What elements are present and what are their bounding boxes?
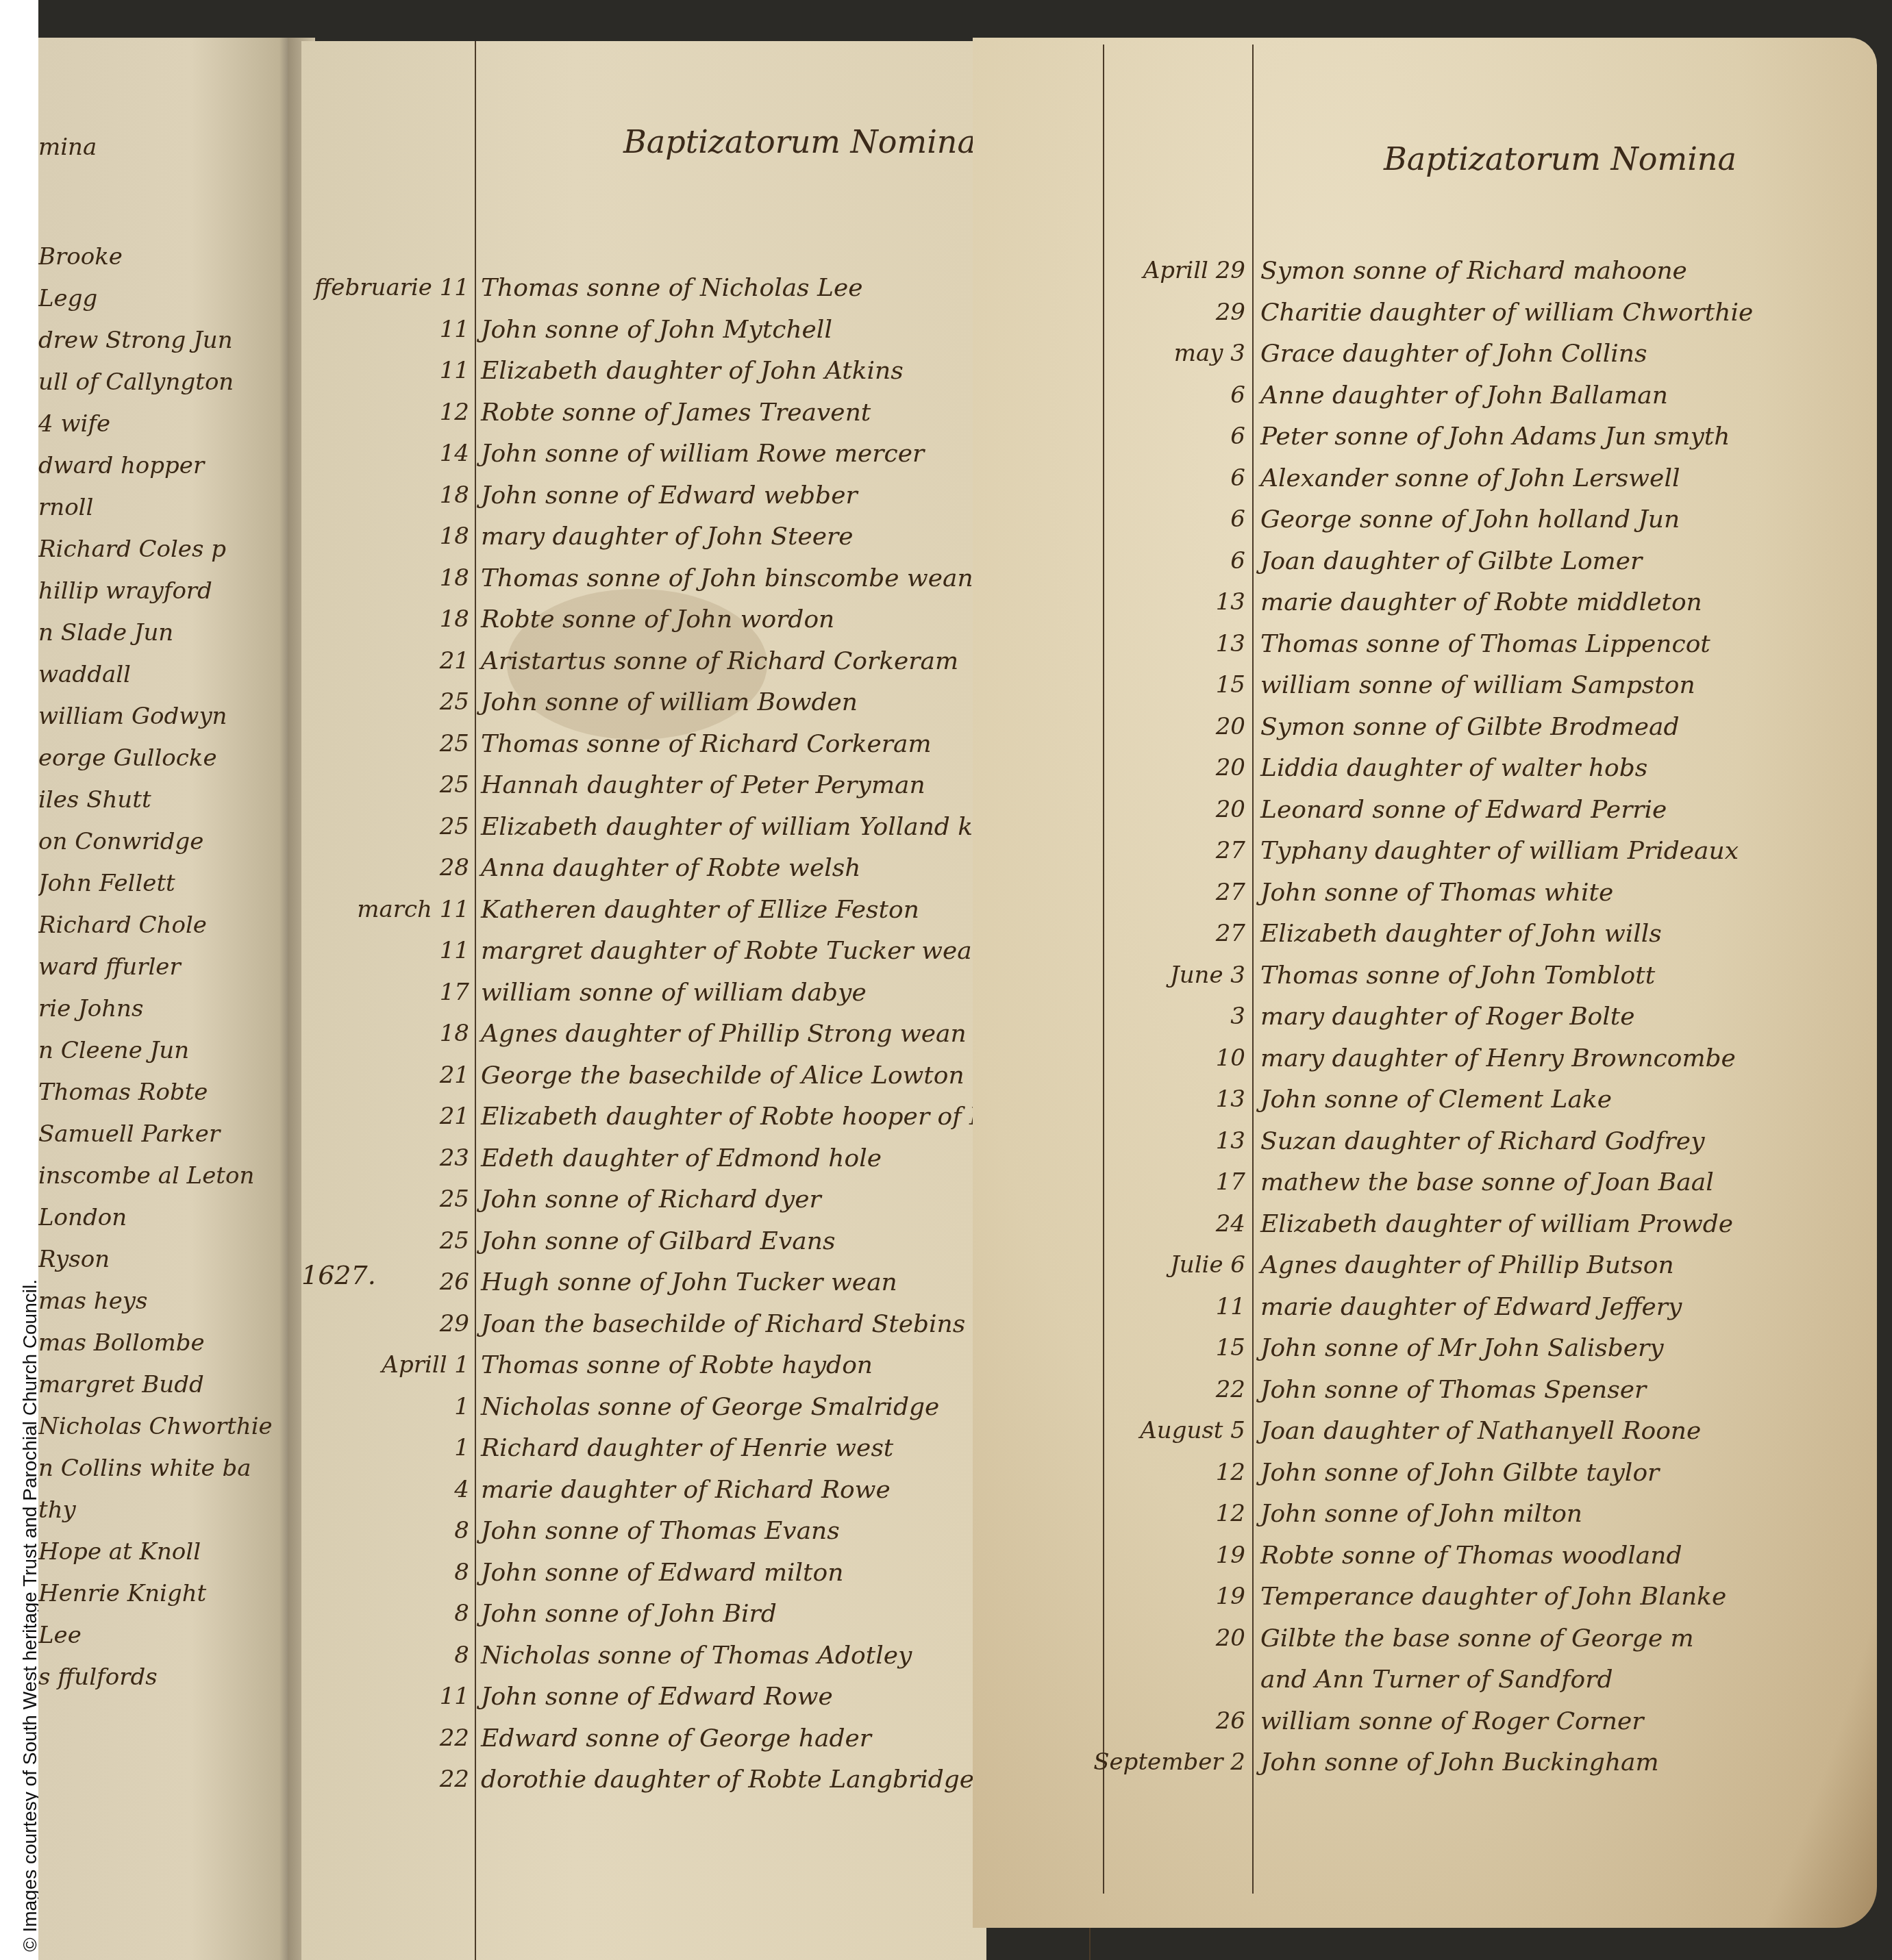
entry-date: 20 <box>966 713 1245 740</box>
entry-date: march 11 <box>301 896 469 923</box>
entry-day: 19 <box>1216 1542 1245 1569</box>
entry-date: 11 <box>301 316 469 343</box>
entry-text: Robte sonne of Thomas woodland <box>1260 1542 1682 1570</box>
entry-text: John sonne of John Bird <box>481 1600 777 1628</box>
entry-text: Symon sonne of Richard mahoone <box>1260 257 1687 285</box>
entry-day: 3 <box>1230 962 1245 989</box>
entry-date: 14 <box>301 440 469 467</box>
entry-day: 25 <box>440 813 469 840</box>
entry-text: Edward sonne of George hader <box>481 1724 871 1752</box>
prev-page-line: n Slade Jun <box>38 619 271 646</box>
entry-text: John sonne of william Rowe mercer <box>481 440 924 468</box>
prev-page-line: inscombe al Leton <box>38 1162 271 1190</box>
entry-text: John sonne of John milton <box>1260 1500 1582 1528</box>
entry-day: 20 <box>1216 754 1245 781</box>
entry-date: 8 <box>301 1559 469 1586</box>
entry-text: Richard daughter of Henrie west <box>481 1434 893 1462</box>
entry-day: 24 <box>1216 1210 1245 1237</box>
entry-date: 6 <box>966 423 1245 450</box>
entry-date: 13 <box>966 588 1245 616</box>
entry-month: Julie <box>1170 1251 1223 1279</box>
entry-text: Thomas sonne of John binscombe wean <box>481 564 973 592</box>
prev-page-line: Nicholas Chworthie <box>38 1413 271 1440</box>
entry-day: 3 <box>1230 340 1245 367</box>
entry-day: 6 <box>1230 1251 1245 1279</box>
entry-month: march <box>357 896 432 923</box>
entry-text: Grace daughter of John Collins <box>1260 340 1647 368</box>
entry-day: 1 <box>454 1351 469 1379</box>
entry-text: Nicholas sonne of Thomas Adotley <box>481 1642 912 1670</box>
entry-text: marie daughter of Richard Rowe <box>481 1476 891 1504</box>
right-page-heading: Baptizatorum Nomina <box>1384 140 1737 177</box>
prev-page-line: rnoll <box>38 494 271 521</box>
left-register-page: Baptizatorum Nomina 1627. ffebruarie 11T… <box>301 41 986 1960</box>
right-register-page: Baptizatorum Nomina Aprill 29Symon sonne… <box>973 38 1877 1928</box>
entry-date: 26 <box>966 1707 1245 1735</box>
entry-date: 11 <box>966 1293 1245 1320</box>
prev-page-line: Ryson <box>38 1246 271 1273</box>
entry-day: 11 <box>440 274 469 301</box>
entry-day: 20 <box>1216 796 1245 823</box>
entry-day: 22 <box>440 1766 469 1793</box>
entry-text: Gilbte the base sonne of George m <box>1260 1624 1694 1653</box>
entry-date: 18 <box>301 564 469 592</box>
entry-day: 3 <box>1230 1003 1245 1030</box>
entry-date: 25 <box>301 730 469 757</box>
prev-page-heading-fragment: mina <box>38 134 97 161</box>
prev-page-line: Thomas Robte <box>38 1079 271 1106</box>
entry-text: dorothie daughter of Robte Langbridge <box>481 1766 974 1794</box>
entry-text: Thomas sonne of Robte haydon <box>481 1351 873 1379</box>
entry-day: 18 <box>440 523 469 550</box>
prev-page-line: Samuell Parker <box>38 1120 271 1148</box>
entry-text: John sonne of John Gilbte taylor <box>1260 1459 1659 1487</box>
entry-date: 18 <box>301 481 469 509</box>
prev-page-line: margret Budd <box>38 1371 271 1398</box>
entry-text: Liddia daughter of walter hobs <box>1260 754 1647 782</box>
entry-day: 18 <box>440 1020 469 1047</box>
entry-date: 18 <box>301 523 469 550</box>
entry-text: margret daughter of Robte Tucker wean <box>481 937 988 965</box>
entry-text: marie daughter of Robte middleton <box>1260 588 1702 616</box>
entry-day: 11 <box>440 357 469 384</box>
entry-date: 12 <box>301 399 469 426</box>
entry-text: John sonne of Thomas white <box>1260 879 1613 907</box>
entry-text: Robte sonne of James Treavent <box>481 399 871 427</box>
entry-day: 21 <box>440 1061 469 1089</box>
entry-day: 11 <box>440 896 469 923</box>
entry-day: 27 <box>1216 879 1245 906</box>
credit-strip: © Images courtesy of South West heritage… <box>0 0 38 1960</box>
entry-month: Aprill <box>1143 257 1208 284</box>
entry-date: 12 <box>966 1459 1245 1486</box>
entry-date: 6 <box>966 547 1245 575</box>
entry-text: Joan daughter of Gilbte Lomer <box>1260 547 1642 575</box>
entry-text: Elizabeth daughter of John wills <box>1260 920 1662 948</box>
entry-text: mary daughter of Roger Bolte <box>1260 1003 1635 1031</box>
entry-date: 20 <box>966 1624 1245 1652</box>
entry-date: September 2 <box>966 1748 1245 1776</box>
entry-date: 1 <box>301 1434 469 1461</box>
entry-text: Nicholas sonne of George Smalridge <box>481 1393 939 1421</box>
entry-text: John sonne of Richard dyer <box>481 1185 821 1214</box>
entry-date: 21 <box>301 1061 469 1089</box>
entry-text: Elizabeth daughter of william Yolland ke… <box>481 813 1025 841</box>
entry-day: 17 <box>440 979 469 1006</box>
entry-day: 22 <box>440 1724 469 1752</box>
entry-day: 25 <box>440 730 469 757</box>
entry-day: 14 <box>440 440 469 467</box>
entry-day: 12 <box>1216 1500 1245 1527</box>
entry-text: John sonne of Clement Lake <box>1260 1085 1612 1114</box>
entry-date: 15 <box>966 1334 1245 1361</box>
entry-text: william sonne of william Sampston <box>1260 671 1695 699</box>
entry-date: 11 <box>301 1683 469 1710</box>
entry-date: 25 <box>301 1185 469 1213</box>
entry-text: Hugh sonne of John Tucker wean <box>481 1268 897 1296</box>
entry-date: 22 <box>301 1724 469 1752</box>
entry-date: 13 <box>966 1085 1245 1113</box>
prev-page-line: n Collins white ba <box>38 1455 271 1482</box>
prev-page-line: Richard Coles p <box>38 536 271 563</box>
entry-date: 27 <box>966 920 1245 947</box>
entry-day: 13 <box>1216 1085 1245 1113</box>
entry-day: 8 <box>454 1642 469 1669</box>
prev-page-line: drew Strong Jun <box>38 327 271 354</box>
entry-text: mary daughter of Henry Browncombe <box>1260 1044 1736 1072</box>
entry-text: Temperance daughter of John Blanke <box>1260 1583 1726 1611</box>
prev-page-line: 4 wife <box>38 410 271 438</box>
entry-text: Suzan daughter of Richard Godfrey <box>1260 1127 1704 1155</box>
entry-date: 19 <box>966 1542 1245 1569</box>
entry-date: 29 <box>966 299 1245 326</box>
entry-day: 11 <box>440 1683 469 1710</box>
entry-day: 20 <box>1216 1624 1245 1652</box>
entry-text: John sonne of Edward webber <box>481 481 858 510</box>
entry-day: 27 <box>1216 837 1245 864</box>
entry-text: Alexander sonne of John Lerswell <box>1260 464 1680 492</box>
entry-day: 19 <box>1216 1583 1245 1610</box>
entry-text: william sonne of william dabye <box>481 979 867 1007</box>
entry-date: 18 <box>301 605 469 633</box>
entry-text: Joan daughter of Nathanyell Roone <box>1260 1417 1701 1445</box>
entry-day: 18 <box>440 481 469 509</box>
entry-day: 27 <box>1216 920 1245 947</box>
prev-page-line: dward hopper <box>38 452 271 479</box>
entry-day: 1 <box>454 1393 469 1420</box>
entry-day: 29 <box>1216 257 1245 284</box>
entry-date: 4 <box>301 1476 469 1503</box>
prev-page-line: Henrie Knight <box>38 1580 271 1607</box>
entry-text: Typhany daughter of william Prideaux <box>1260 837 1739 865</box>
prev-page-line: mas heys <box>38 1287 271 1315</box>
entry-day: 11 <box>1216 1293 1245 1320</box>
prev-page-line: on Conwridge <box>38 828 271 855</box>
entry-day: 18 <box>440 605 469 633</box>
entry-text: Edeth daughter of Edmond hole <box>481 1144 882 1172</box>
prev-page-line: eorge Gullocke <box>38 744 271 772</box>
entry-date: 15 <box>966 671 1245 699</box>
entry-day: 15 <box>1216 1334 1245 1361</box>
entry-month: August <box>1140 1417 1223 1444</box>
entry-text: william sonne of Roger Corner <box>1260 1707 1644 1735</box>
entry-day: 11 <box>440 316 469 343</box>
entry-date: 21 <box>301 647 469 675</box>
entry-date: 25 <box>301 813 469 840</box>
entry-date: 21 <box>301 1103 469 1130</box>
prev-page-line: Legg <box>38 285 271 312</box>
entry-date: 1 <box>301 1393 469 1420</box>
entry-date: 17 <box>966 1168 1245 1196</box>
entry-day: 6 <box>1230 423 1245 450</box>
prev-page-line: ward ffurler <box>38 953 271 981</box>
entry-text: Thomas sonne of John Tomblott <box>1260 962 1655 990</box>
entry-text: mathew the base sonne of Joan Baal <box>1260 1168 1714 1196</box>
date-column-rule <box>1252 45 1254 1894</box>
prev-page-line: thy <box>38 1496 271 1524</box>
entry-date: 18 <box>301 1020 469 1047</box>
entry-text: Joan the basechilde of Richard Stebins <box>481 1310 965 1338</box>
entry-date: 6 <box>966 464 1245 492</box>
entry-text: Anna daughter of Robte welsh <box>481 854 860 882</box>
entry-day: 4 <box>454 1476 469 1503</box>
entry-text: marie daughter of Edward Jeffery <box>1260 1293 1682 1321</box>
prev-page-line: hillip wrayford <box>38 577 271 605</box>
date-column-rule <box>475 41 476 1960</box>
entry-text: Charitie daughter of william Chworthie <box>1260 299 1753 327</box>
entry-text: and Ann Turner of Sandford <box>1260 1666 1613 1694</box>
previous-page-fragment: minaBrookeLeggdrew Strong Junull of Call… <box>38 38 292 1960</box>
entry-date: 25 <box>301 771 469 799</box>
entry-text: John sonne of Thomas Evans <box>481 1517 840 1545</box>
entry-day: 13 <box>1216 630 1245 657</box>
entry-text: John sonne of Edward milton <box>481 1559 843 1587</box>
entry-date: June 3 <box>966 962 1245 989</box>
entry-day: 22 <box>1216 1376 1245 1403</box>
entry-date: 25 <box>301 1227 469 1255</box>
prev-page-line: Lee <box>38 1622 271 1649</box>
entry-day: 26 <box>440 1268 469 1296</box>
entry-date: 13 <box>966 1127 1245 1155</box>
entry-date: 8 <box>301 1517 469 1544</box>
entry-date: ffebruarie 11 <box>301 274 469 301</box>
entry-day: 28 <box>440 854 469 881</box>
entry-month: June <box>1170 962 1223 989</box>
entry-text: Thomas sonne of Thomas Lippencot <box>1260 630 1710 658</box>
prev-page-line: waddall <box>38 661 271 688</box>
entry-day: 17 <box>1216 1168 1245 1196</box>
prev-page-line: william Godwyn <box>38 703 271 730</box>
entry-text: Aristartus sonne of Richard Corkeram <box>481 647 958 675</box>
prev-page-line: ull of Callyngton <box>38 368 271 396</box>
entry-text: Elizabeth daughter of william Prowde <box>1260 1210 1733 1238</box>
entry-day: 21 <box>440 1103 469 1130</box>
left-page-heading: Baptizatorum Nomina <box>623 123 976 160</box>
entry-day: 23 <box>440 1144 469 1172</box>
entry-day: 13 <box>1216 1127 1245 1155</box>
entry-date: 6 <box>966 381 1245 409</box>
entry-date: 19 <box>966 1583 1245 1610</box>
entry-text: Agnes daughter of Phillip Strong wean <box>481 1020 967 1048</box>
entry-day: 5 <box>1230 1417 1245 1444</box>
entry-date: Julie 6 <box>966 1251 1245 1279</box>
entry-day: 6 <box>1230 547 1245 575</box>
entry-date: 3 <box>966 1003 1245 1030</box>
entry-date: 27 <box>966 837 1245 864</box>
entry-text: Katheren daughter of Ellize Feston <box>481 896 919 924</box>
entry-day: 1 <box>454 1434 469 1461</box>
entry-date: Aprill 1 <box>301 1351 469 1379</box>
prev-page-line: Richard Chole <box>38 912 271 939</box>
entry-date: 23 <box>301 1144 469 1172</box>
entry-day: 6 <box>1230 505 1245 533</box>
entry-text: Peter sonne of John Adams Jun smyth <box>1260 423 1730 451</box>
entry-date: 27 <box>966 879 1245 906</box>
entry-date: 20 <box>966 796 1245 823</box>
prev-page-line: Brooke <box>38 243 271 271</box>
entry-day: 29 <box>1216 299 1245 326</box>
entry-text: John sonne of Thomas Spenser <box>1260 1376 1646 1404</box>
prev-page-line: n Cleene Jun <box>38 1037 271 1064</box>
entry-month: ffebruarie <box>314 274 432 301</box>
entry-date: Aprill 29 <box>966 257 1245 284</box>
entry-day: 11 <box>440 937 469 964</box>
entry-day: 8 <box>454 1517 469 1544</box>
entry-text: John sonne of Gilbard Evans <box>481 1227 835 1255</box>
entry-date: 17 <box>301 979 469 1006</box>
entry-date: 11 <box>301 357 469 384</box>
entry-day: 15 <box>1216 671 1245 699</box>
entry-text: John sonne of John Mytchell <box>481 316 832 344</box>
entry-date: 28 <box>301 854 469 881</box>
entry-text: Thomas sonne of Nicholas Lee <box>481 274 863 302</box>
entry-text: mary daughter of John Steere <box>481 523 854 551</box>
entry-day: 12 <box>440 399 469 426</box>
entry-date: 8 <box>301 1642 469 1669</box>
entry-date: 12 <box>966 1500 1245 1527</box>
entry-text: Elizabeth daughter of John Atkins <box>481 357 904 385</box>
entry-text: Agnes daughter of Phillip Butson <box>1260 1251 1674 1279</box>
entry-text: George sonne of John holland Jun <box>1260 505 1680 533</box>
entry-date: 29 <box>301 1310 469 1337</box>
entry-day: 10 <box>1216 1044 1245 1072</box>
entry-day: 29 <box>440 1310 469 1337</box>
entry-day: 21 <box>440 647 469 675</box>
entry-day: 6 <box>1230 381 1245 409</box>
prev-page-line: mas Bollombe <box>38 1329 271 1357</box>
entry-day: 25 <box>440 1227 469 1255</box>
entry-text: Symon sonne of Gilbte Brodmead <box>1260 713 1680 741</box>
entry-day: 8 <box>454 1600 469 1627</box>
entry-text: John sonne of Mr John Salisbery <box>1260 1334 1664 1362</box>
entry-month: September <box>1093 1748 1223 1776</box>
entry-date: 11 <box>301 937 469 964</box>
entry-date: 22 <box>301 1766 469 1793</box>
entry-text: Robte sonne of John wordon <box>481 605 834 633</box>
entry-date: 20 <box>966 754 1245 781</box>
entry-day: 13 <box>1216 588 1245 616</box>
entry-text: John sonne of John Buckingham <box>1260 1748 1659 1776</box>
entry-date: 24 <box>966 1210 1245 1237</box>
entry-day: 6 <box>1230 464 1245 492</box>
entry-text: Hannah daughter of Peter Peryman <box>481 771 925 799</box>
entry-text: Anne daughter of John Ballaman <box>1260 381 1668 410</box>
prev-page-line: London <box>38 1204 271 1231</box>
entry-day: 18 <box>440 564 469 592</box>
entry-month: may <box>1174 340 1223 367</box>
entry-text: John sonne of william Bowden <box>481 688 858 716</box>
entry-day: 25 <box>440 771 469 799</box>
entry-date: 10 <box>966 1044 1245 1072</box>
entry-date: 26 <box>301 1268 469 1296</box>
entry-date: 6 <box>966 505 1245 533</box>
entry-day: 8 <box>454 1559 469 1586</box>
entry-date: 8 <box>301 1600 469 1627</box>
entry-day: 25 <box>440 688 469 716</box>
entry-text: Thomas sonne of Richard Corkeram <box>481 730 932 758</box>
entry-day: 2 <box>1230 1748 1245 1776</box>
entry-day: 26 <box>1216 1707 1245 1735</box>
prev-page-line: s ffulfords <box>38 1663 271 1691</box>
prev-page-line: Hope at Knoll <box>38 1538 271 1566</box>
prev-page-line: rie Johns <box>38 995 271 1022</box>
entry-text: Leonard sonne of Edward Perrie <box>1260 796 1667 824</box>
entry-day: 20 <box>1216 713 1245 740</box>
prev-page-line: John Fellett <box>38 870 271 897</box>
entry-date: August 5 <box>966 1417 1245 1444</box>
entry-text: John sonne of Edward Rowe <box>481 1683 833 1711</box>
entry-date: 22 <box>966 1376 1245 1403</box>
entry-date: may 3 <box>966 340 1245 367</box>
entry-date: 25 <box>301 688 469 716</box>
entry-date: 13 <box>966 630 1245 657</box>
entry-day: 12 <box>1216 1459 1245 1486</box>
prev-page-line: iles Shutt <box>38 786 271 814</box>
entry-day: 25 <box>440 1185 469 1213</box>
entry-month: Aprill <box>382 1351 447 1379</box>
